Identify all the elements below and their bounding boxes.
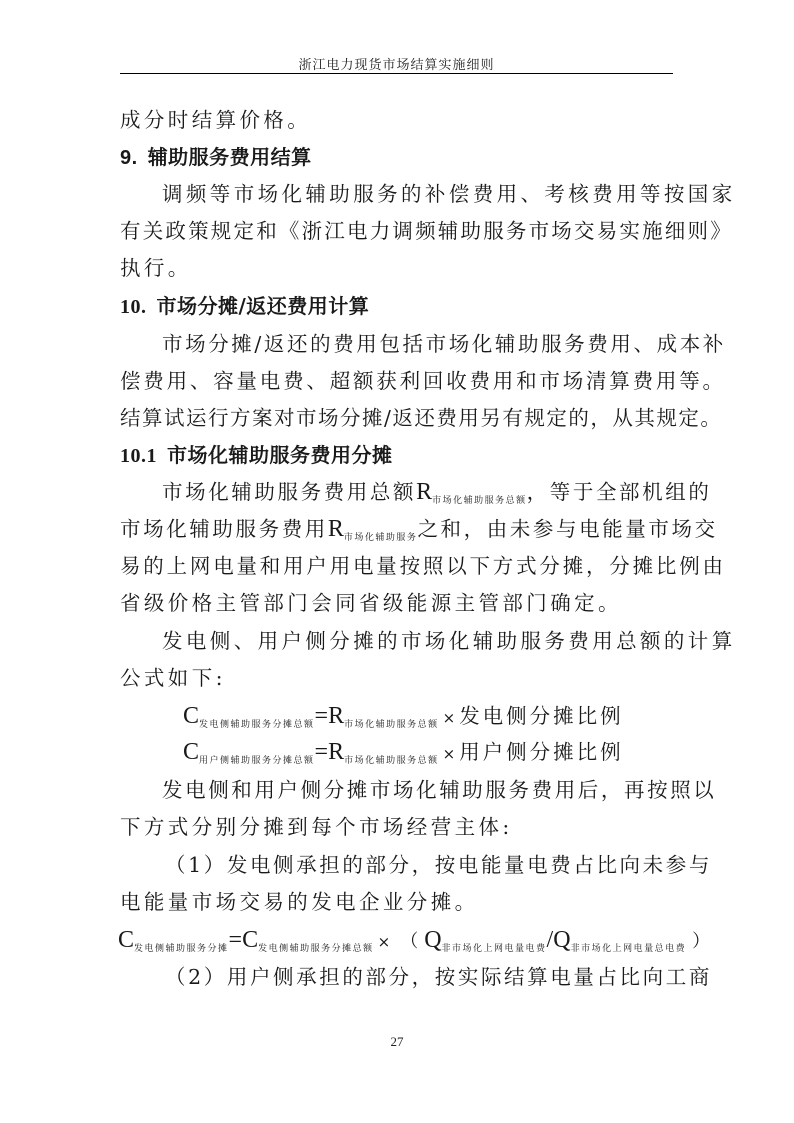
variable-c: C [183,703,199,729]
variable-c: C [118,927,134,953]
open-paren: （ [400,931,418,952]
subscript: 用户侧辅助服务分摊总额 [199,756,315,766]
variable-r: R [328,739,344,765]
paragraph-line: 发电侧和用户侧分摊市场化辅助服务费用后，再按照以 [162,776,732,804]
paragraph-line: 市场化辅助服务费用R市场化辅助服务之和，由未参与电能量市场交 [120,515,690,552]
paragraph-line: 有关政策规定和《浙江电力调频辅助服务市场交易实施细则》 [120,217,690,245]
subscript: 市场化辅助服务总额 [344,720,439,730]
paragraph-line: 省级价格主管部门会同省级能源主管部门确定。 [120,589,690,617]
variable-c: C [183,739,199,765]
section-title: 市场分摊/返还费用计算 [157,294,370,318]
variable-q: Q [424,927,441,953]
variable-q: Q [553,927,570,953]
multiply-sign: × [443,745,456,763]
paragraph-line: 电能量市场交易的发电企业分摊。 [120,888,690,916]
section-heading-9: 9.辅助服务费用结算 [120,143,690,172]
paragraph-line: 市场分摊/返还的费用包括市场化辅助服务费用、成本补 [162,330,732,358]
list-item-1: （1）发电侧承担的部分，按电能量电费占比向未参与 [165,851,735,879]
section-title: 辅助服务费用结算 [148,145,312,169]
page-number: 27 [0,1034,794,1050]
paragraph-line: 公式如下: [120,664,690,692]
paragraph-line: 执行。 [120,254,690,282]
equals-sign: = [229,927,243,953]
subscript: 非市场化上网电量电费 [442,944,547,954]
multiply-sign: × [443,709,456,727]
paragraph-line: 市场化辅助服务费用总额R市场化辅助服务总额，等于全部机组的 [162,478,732,515]
paragraph-continuation: 成分时结算价格。 [120,106,690,134]
section-number: 10. [120,296,147,318]
variable-r: R [328,703,344,729]
subscript: 市场化辅助服务总额 [344,756,439,766]
section-number: 9. [120,147,138,169]
equals-sign: = [315,739,329,765]
running-header-title: 浙江电力现货市场结算实施细则 [120,54,673,73]
paragraph-line: 下方式分别分摊到每个市场经营主体: [120,813,690,841]
subscript: 发电侧辅助服务分摊 [134,944,229,954]
variable-r: R [416,479,432,505]
formula-user-side: C用户侧辅助服务分摊总额=R市场化辅助服务总额×用户侧分摊比例 [183,738,753,775]
formula-generation-allocation: C发电侧辅助服务分摊=C发电侧辅助服务分摊总额×（Q非市场化上网电量电费/Q非市… [118,926,688,963]
header-rule [120,73,673,74]
close-paren: ） [692,931,710,952]
text-span: 市场化辅助服务费用 [120,517,328,541]
paragraph-line: 偿费用、容量电费、超额获利回收费用和市场清算费用等。 [120,367,690,395]
subscript: 市场化辅助服务总额 [432,496,527,506]
subscript: 发电侧辅助服务分摊总额 [199,720,315,730]
paragraph-line: 易的上网电量和用户用电量按照以下方式分摊，分摊比例由 [120,552,690,580]
factor-text: 用户侧分摊比例 [459,740,624,764]
list-item-2: （2）用户侧承担的部分，按实际结算电量占比向工商 [165,963,735,991]
section-number: 10.1 [120,445,157,467]
document-page: 浙江电力现货市场结算实施细则 成分时结算价格。 9.辅助服务费用结算 调频等市场… [0,0,794,1123]
subscript: 非市场化上网电量总电费 [571,944,687,954]
paragraph-line: 发电侧、用户侧分摊的市场化辅助服务费用总额的计算 [162,627,732,655]
paragraph-line: 结算试运行方案对市场分摊/返还费用另有规定的，从其规定。 [120,404,690,432]
variable-c: C [242,927,258,953]
subscript: 发电侧辅助服务分摊总额 [258,944,374,954]
formula-generation-side: C发电侧辅助服务分摊总额=R市场化辅助服务总额×发电侧分摊比例 [183,702,753,739]
section-title: 市场化辅助服务费用分摊 [167,443,393,467]
section-heading-10-1: 10.1市场化辅助服务费用分摊 [120,441,690,470]
factor-text: 发电侧分摊比例 [459,704,624,728]
paragraph-line: 调频等市场化辅助服务的补偿费用、考核费用等按国家 [162,180,732,208]
text-span: 市场化辅助服务费用总额 [162,480,416,504]
text-span: ，等于全部机组的 [527,480,712,504]
multiply-sign: × [378,933,391,951]
variable-r: R [328,516,344,542]
text-span: 之和，由未参与电能量市场交 [417,517,717,541]
subscript: 市场化辅助服务 [344,533,418,543]
equals-sign: = [315,703,329,729]
section-heading-10: 10.市场分摊/返还费用计算 [120,292,690,321]
